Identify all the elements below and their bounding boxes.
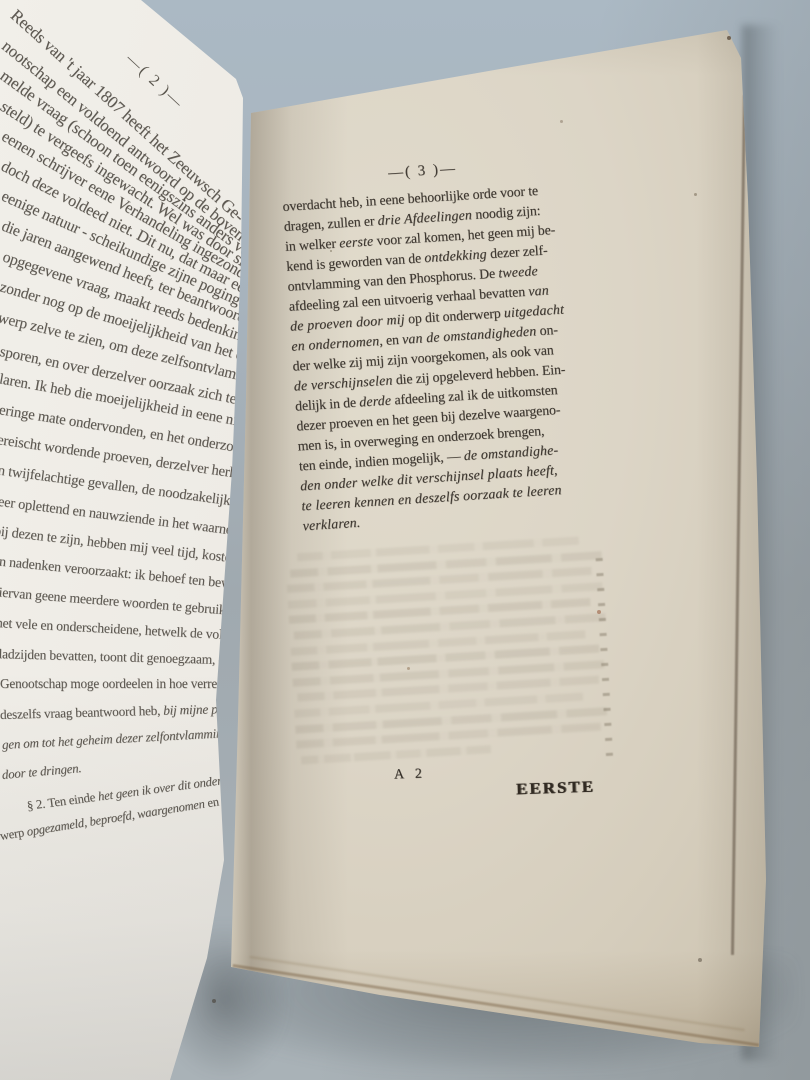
show-through-text bbox=[285, 535, 625, 769]
foxing-speck bbox=[694, 193, 697, 196]
text-line: gen om tot het geheim dezer zelfontvlamm… bbox=[2, 726, 229, 754]
text-line: deszelfs vraag beantwoord heb, bij mijne… bbox=[0, 700, 245, 722]
show-through-line bbox=[301, 745, 491, 764]
text-line: door te dringen. bbox=[1, 761, 82, 783]
book-photo: —( 3 )— overdacht heb, in eene behoorlij… bbox=[0, 0, 810, 1080]
foxing-speck bbox=[727, 36, 731, 40]
text-line: bladzijden bevatten, toont dit genoegzaa… bbox=[0, 646, 250, 669]
page-edge-crack bbox=[731, 95, 746, 955]
foxing-speck bbox=[407, 667, 410, 670]
foxing-speck bbox=[560, 120, 563, 123]
text-line: Genootschap moge oordeelen in hoe verre … bbox=[0, 676, 251, 692]
foxing-speck bbox=[212, 999, 216, 1003]
page-number-header: —( 2 )— bbox=[122, 50, 187, 113]
foxing-speck bbox=[698, 958, 702, 962]
text-line: het vele en onderscheidene, hetwelk de v… bbox=[0, 615, 255, 645]
signature-mark: A 2 bbox=[394, 766, 426, 783]
page-text-block: overdacht heb, in eene behoorlijke orde … bbox=[282, 175, 657, 537]
foxing-speck bbox=[330, 250, 332, 252]
catchword: EERSTE bbox=[516, 779, 595, 800]
page-number-header: —( 3 )— bbox=[387, 161, 457, 183]
foxing-speck bbox=[597, 610, 601, 614]
